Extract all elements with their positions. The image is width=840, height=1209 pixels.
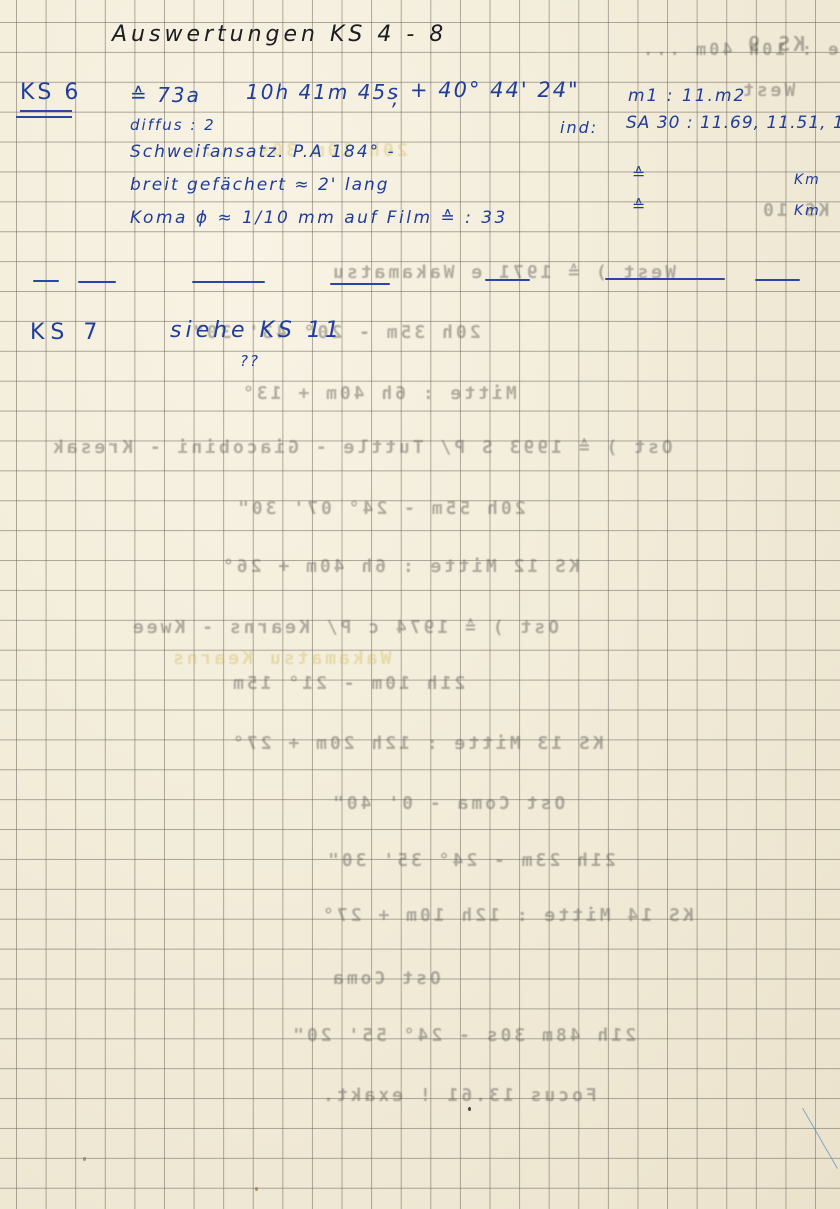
ks7-question: ?? [240,352,260,370]
ks6-diffus: diffus : 2 [130,116,216,134]
pen-stroke-mark [802,1108,838,1169]
bleed-line: Wakamatsu Kearns [170,648,391,669]
page-title: Auswertungen KS 4 - 8 [112,22,447,47]
separator-dash [605,278,725,280]
bleed-line: KS 14 Mitte : 12h 10m + 27° [320,905,694,926]
ks6-magnitude: m1 : 11.m2 [628,86,746,106]
ks6-equiv-1: ≙ [632,164,647,183]
bleed-line: 21h 23m - 24° 35' 30" [325,850,616,871]
ks6-km-1: Km [794,172,821,188]
separator-dash [485,279,530,281]
bleed-line: West [740,80,795,101]
bleed-line: 21h 48m 30s - 24° 55' 20" [290,1025,636,1046]
bleed-line: Ost ) ≙ 1993 S P/ Tuttle - Giacobini - K… [50,437,673,458]
ks6-declination: + 40° 44' 24" [410,78,580,102]
bleed-line: KS 13 Mitte : 12h 20m + 27° [230,733,604,754]
separator-dash [755,279,800,281]
ks6-ind-label: ind: [560,118,598,137]
ks6-separator: ; [392,86,401,110]
ks6-fan: breit gefächert ≈ 2' lang [130,175,390,195]
bleed-line: Ost Coma [330,968,441,989]
paper-speck [468,1107,471,1111]
ks6-coma: Koma ϕ ≈ 1/10 mm auf Film ≙ : 33 [130,208,508,228]
separator-dash [33,280,59,282]
ks6-underline [20,110,72,112]
bleed-line: Mitte : 6h 40m + 13° [240,383,517,404]
ks6-km-2: Km [794,203,821,219]
bleed-line: Mitte : 10h 40m ... [640,40,840,60]
bleed-line: Focus 13.61 ! exakt. [320,1085,597,1106]
ks6-object: ≙ 73a [130,83,201,107]
paper-speck [83,1157,86,1161]
bleed-line: KS 9 [745,32,805,56]
bleed-line: KS 12 Mitte : 6h 40m + 26° [220,556,580,577]
ks6-tail: Schweifansatz. P.A 184° - [130,142,396,162]
bleed-line: Ost Coma - 0' 40" [330,793,565,814]
separator-dash [330,283,390,285]
ks6-right-ascension: 10h 41m 45s [246,80,400,104]
ks6-label: KS 6 [20,80,81,105]
ks7-label: KS 7 [30,320,103,345]
paper-speck [255,1187,258,1191]
bleed-line: 20h 55m - 24° 07' 30" [235,498,526,519]
ks7-reference: siehe KS 11 [170,318,343,343]
ks6-sa30-values: SA 30 : 11.69, 11.51, 11.33 [626,113,840,133]
separator-dash [192,281,265,283]
bleed-line: Ost ) ≙ 1974 c P/ Kearns - Kwee [130,617,559,638]
ks6-equiv-2: ≙ [632,196,647,215]
separator-dash [78,281,116,283]
bleed-line: 21h 10m - 21° 15m [230,673,465,694]
ks6-underline-double [16,116,72,118]
